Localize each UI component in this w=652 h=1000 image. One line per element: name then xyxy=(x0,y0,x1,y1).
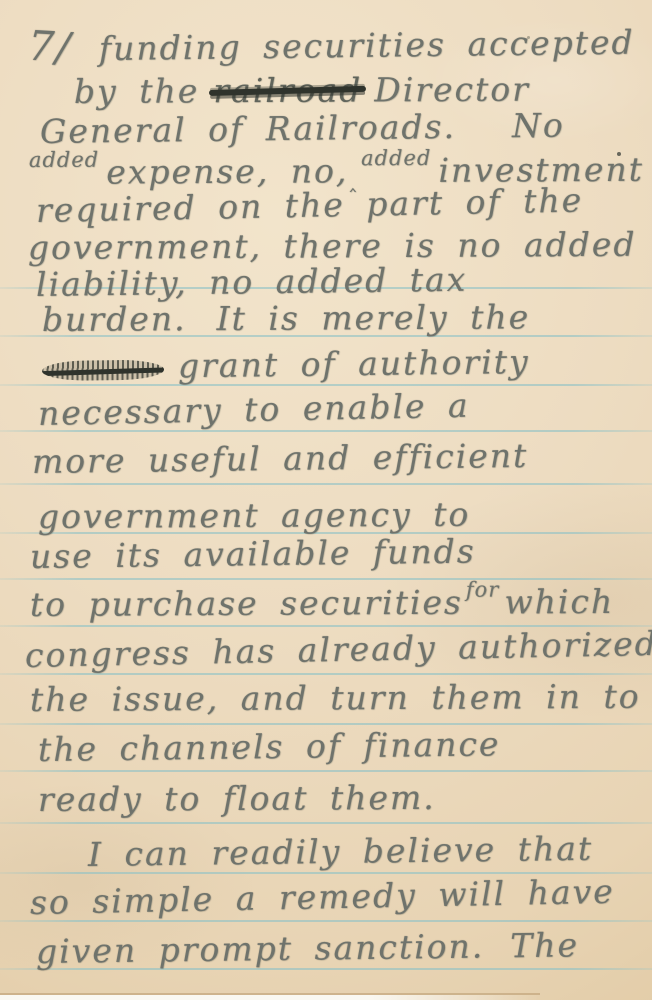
handwriting-layer: 7/funding securities acceptedby therailr… xyxy=(0,0,652,1000)
handwritten-text: which xyxy=(504,581,614,624)
paper-bottom-edge xyxy=(0,995,540,1000)
handwritten-line: 7/funding securities accepted xyxy=(28,19,635,71)
handwritten-line: necessary to enable a xyxy=(38,385,470,435)
handwritten-line: to purchase securitiesforwhich xyxy=(30,581,614,630)
handwritten-text: use its available funds xyxy=(30,531,476,578)
handwritten-text: to purchase securities xyxy=(30,582,463,626)
pencil-speck xyxy=(527,36,530,39)
handwritten-text: so simple a remedy will have xyxy=(30,871,616,924)
handwritten-text: necessary to enable a xyxy=(38,385,470,435)
handwritten-line: given prompt sanction.The xyxy=(36,924,580,973)
page-number-mark: 7/ xyxy=(27,25,73,69)
handwritten-line: burden.It is merely the xyxy=(42,296,530,341)
handwritten-line: so simple a remedy will have xyxy=(30,871,616,924)
handwritten-line: use its available funds xyxy=(30,531,476,578)
handwritten-text: grant of authority xyxy=(178,341,530,387)
manuscript-page: 7/funding securities acceptedby therailr… xyxy=(0,0,652,1000)
handwritten-line: grant of authority xyxy=(42,341,530,389)
inserted-word: for xyxy=(466,569,500,611)
handwritten-text: burden. xyxy=(42,298,187,341)
inserted-word: added xyxy=(29,139,100,181)
handwritten-text: by the xyxy=(74,70,200,113)
handwritten-text: The xyxy=(510,924,579,967)
handwritten-line: more useful and efficient xyxy=(32,435,529,483)
handwritten-text: more useful and efficient xyxy=(32,435,529,483)
handwritten-text: It is merely the xyxy=(216,296,530,340)
handwritten-line: General of Railroads.No xyxy=(40,105,565,153)
handwritten-line: the channels of finance xyxy=(38,723,501,771)
inserted-word: added xyxy=(361,137,432,179)
pencil-speck xyxy=(232,742,235,745)
handwritten-text: funding securities accepted xyxy=(99,22,635,71)
handwritten-text: the channels of finance xyxy=(38,723,501,771)
pencil-speck xyxy=(617,152,621,156)
handwritten-line: ready to float them. xyxy=(38,777,436,821)
scribbled-out-word xyxy=(42,360,164,381)
handwritten-line: congress has already authorized xyxy=(25,623,652,677)
handwritten-text: the issue, and turn them in to xyxy=(30,676,641,721)
handwritten-text: No xyxy=(512,105,565,148)
handwritten-line: the issue, and turn them in to xyxy=(30,676,641,721)
handwritten-text: congress has already authorized xyxy=(25,623,652,677)
handwritten-line: I can readily believe that xyxy=(88,828,594,876)
handwritten-text: ready to float them. xyxy=(38,777,436,821)
handwritten-text: I can readily believe that xyxy=(88,828,594,876)
handwritten-text: given prompt sanction. xyxy=(36,926,485,973)
strikethrough-word: railroad xyxy=(213,69,362,112)
